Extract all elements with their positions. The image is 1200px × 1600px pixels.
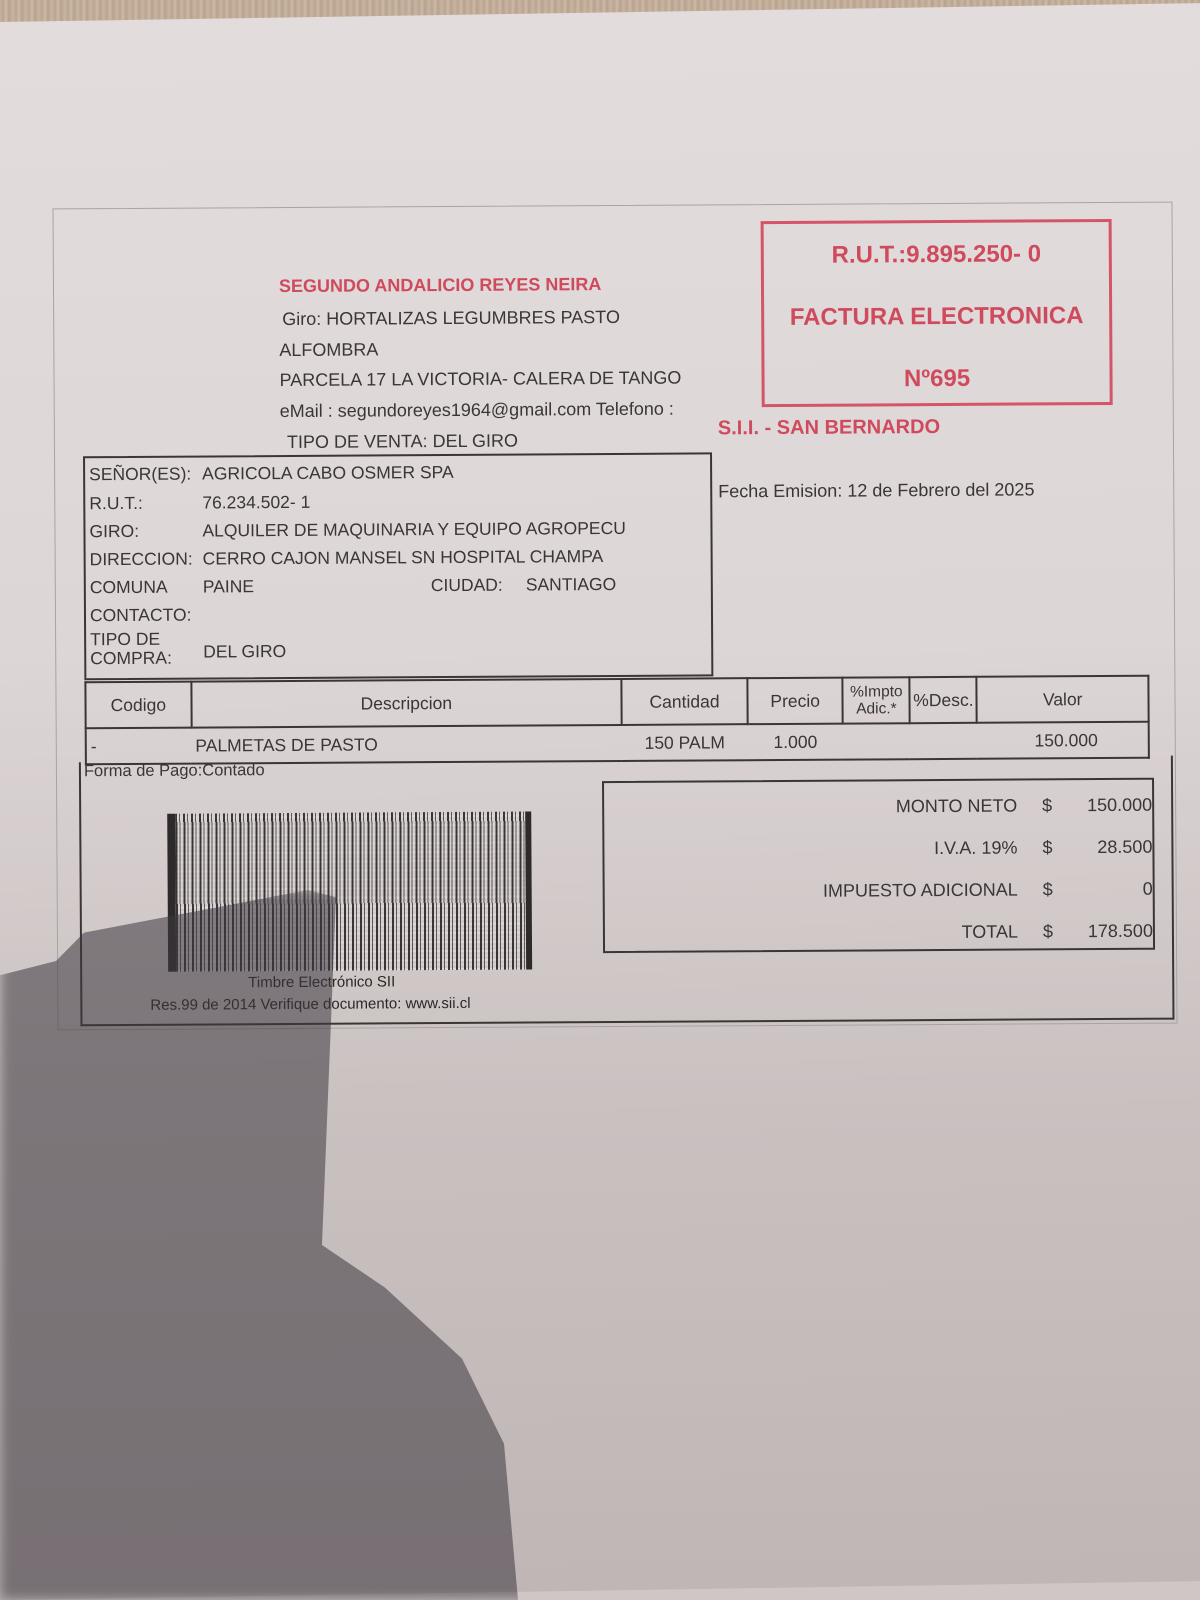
sii-office: S.I.I. - SAN BERNARDO — [718, 416, 940, 440]
items-table-header: Codigo Descripcion Cantidad Precio %Impt… — [85, 676, 1148, 728]
totals-box: MONTO NETO $ 150.000 I.V.A. 19% $ 28.500… — [602, 778, 1155, 953]
document-header-box: R.U.T.:9.895.250- 0 FACTURA ELECTRONICA … — [761, 219, 1113, 407]
payment-method: Forma de Pago:Contado — [84, 761, 265, 781]
client-label-direccion: DIRECCION: — [90, 549, 193, 571]
client-info-box: SEÑOR(ES): AGRICOLA CABO OSMER SPA R.U.T… — [83, 452, 713, 680]
cell-codigo: - — [86, 728, 192, 765]
col-codigo: Codigo — [85, 682, 191, 729]
total-value: 178.500 — [1088, 921, 1153, 942]
client-comuna: PAINE — [203, 576, 254, 597]
client-label-contacto: CONTACTO: — [90, 605, 192, 627]
client-giro: ALQUILER DE MAQUINARIA Y EQUIPO AGROPECU — [202, 518, 625, 542]
client-label-rut: R.U.T.: — [89, 493, 143, 514]
currency-symbol: $ — [1042, 837, 1052, 858]
client-label-senores: SEÑOR(ES): — [89, 464, 191, 486]
currency-symbol: $ — [1043, 921, 1053, 942]
invoice-document: SEGUNDO ANDALICIO REYES NEIRA Giro: HORT… — [52, 202, 1177, 1031]
client-tipo-compra: DEL GIRO — [203, 641, 286, 663]
total-row-neto: MONTO NETO $ 150.000 — [604, 795, 1152, 822]
cell-valor: 150.000 — [977, 722, 1149, 759]
issuer-tipo-venta: TIPO DE VENTA: DEL GIRO — [287, 431, 518, 453]
pdf417-barcode-icon — [167, 812, 532, 972]
issuer-rut: R.U.T.:9.895.250- 0 — [764, 240, 1109, 270]
document-number: Nº695 — [764, 364, 1109, 394]
client-label-comuna: COMUNA — [90, 577, 168, 598]
col-precio: Precio — [747, 678, 843, 725]
total-value: 150.000 — [1087, 795, 1152, 816]
cell-cantidad: 150 PALM — [622, 724, 748, 761]
col-impto-adic: %Impto Adic.* — [843, 677, 910, 723]
total-label: MONTO NETO — [896, 796, 1017, 818]
total-row-total: TOTAL $ 178.500 — [605, 921, 1153, 948]
col-valor: Valor — [977, 676, 1149, 723]
issuer-giro: Giro: HORTALIZAS LEGUMBRES PASTO — [282, 307, 620, 330]
client-name: AGRICOLA CABO OSMER SPA — [202, 462, 454, 485]
col-cantidad: Cantidad — [621, 678, 747, 725]
total-label: TOTAL — [962, 922, 1018, 943]
timbre-electronico-label: Timbre Electrónico SII — [248, 973, 395, 991]
total-value: 0 — [1143, 879, 1153, 900]
emission-date: Fecha Emision: 12 de Febrero del 2025 — [718, 479, 1034, 502]
currency-symbol: $ — [1043, 879, 1053, 900]
col-desc: %Desc. — [910, 677, 977, 723]
resolution-note: Res.99 de 2014 Verifique documento: www.… — [150, 995, 470, 1014]
client-rut: 76.234.502- 1 — [202, 492, 310, 514]
issuer-giro-continued: ALFOMBRA — [279, 339, 378, 361]
cell-descripcion: PALMETAS DE PASTO — [191, 725, 622, 764]
cell-impto — [843, 723, 910, 759]
currency-symbol: $ — [1042, 795, 1052, 816]
total-label: IMPUESTO ADICIONAL — [823, 880, 1018, 902]
cell-precio: 1.000 — [748, 724, 844, 761]
total-label: I.V.A. 19% — [934, 838, 1018, 860]
items-table: Codigo Descripcion Cantidad Precio %Impt… — [84, 675, 1149, 766]
cell-desc — [910, 723, 977, 759]
total-value: 28.500 — [1097, 837, 1152, 858]
issuer-contact: eMail : segundoreyes1964@gmail.com Telef… — [280, 399, 674, 422]
total-row-impuesto-adicional: IMPUESTO ADICIONAL $ 0 — [605, 879, 1153, 906]
client-ciudad: SANTIAGO — [526, 574, 617, 596]
total-row-iva: I.V.A. 19% $ 28.500 — [604, 837, 1152, 864]
client-direccion: CERRO CAJON MANSEL SN HOSPITAL CHAMPA — [203, 546, 604, 569]
client-label-ciudad: CIUDAD: — [431, 575, 503, 596]
client-label-tipo-compra: TIPO DE COMPRA: — [90, 630, 170, 668]
col-descripcion: Descripcion — [191, 679, 622, 728]
document-type: FACTURA ELECTRONICA — [764, 302, 1109, 332]
client-label-giro: GIRO: — [89, 521, 139, 542]
issuer-address: PARCELA 17 LA VICTORIA- CALERA DE TANGO — [279, 368, 681, 391]
issuer-name: SEGUNDO ANDALICIO REYES NEIRA — [279, 274, 601, 297]
